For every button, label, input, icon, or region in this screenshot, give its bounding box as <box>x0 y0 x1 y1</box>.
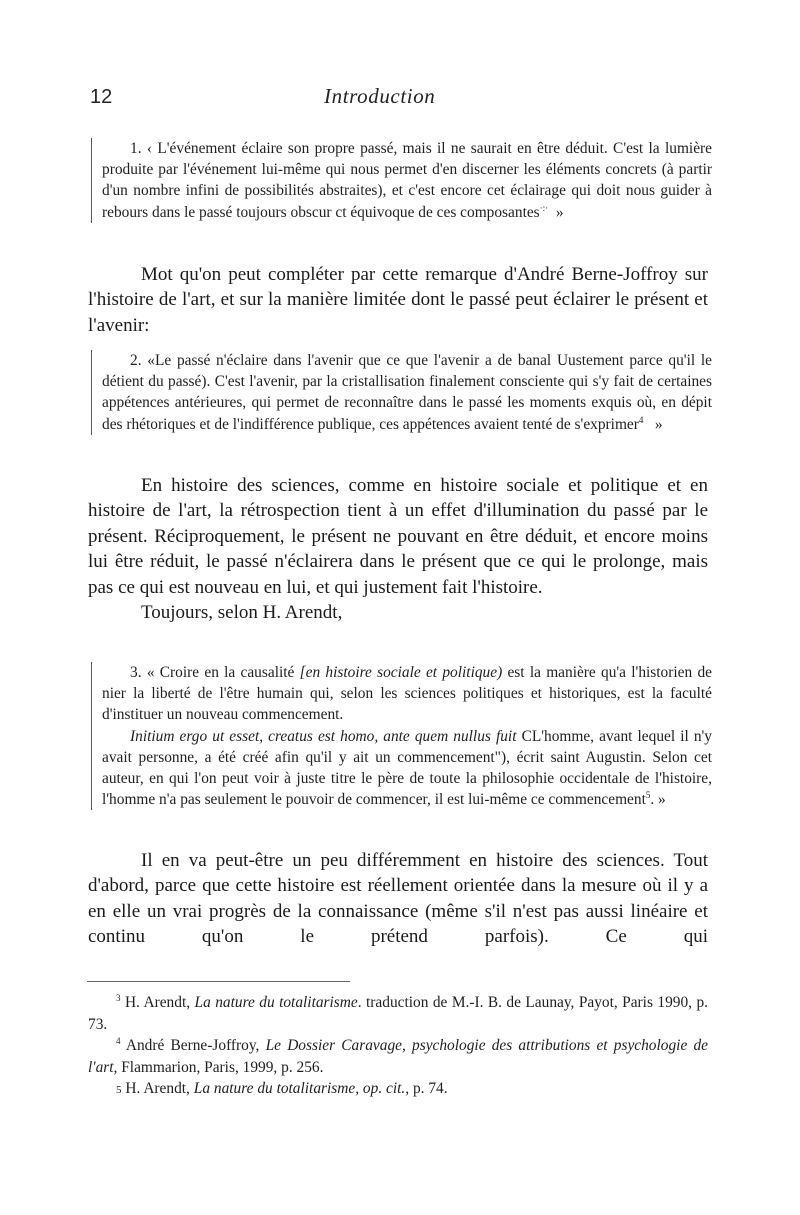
footnote-author: André Berne-Joffroy, <box>126 1037 266 1054</box>
quote-italic-insert: [en histoire sociale et politique) <box>300 664 503 681</box>
footnote-3: 3 H. Arendt, La nature du totalitarisme.… <box>88 992 708 1035</box>
footnote-details: Flammarion, Paris, 1999, p. 256. <box>117 1059 323 1076</box>
quote-text: L'événement éclaire son propre passé, ma… <box>102 140 712 221</box>
footnote-ref: 4 <box>639 415 644 425</box>
footnote-separator <box>87 981 350 982</box>
page-number: 12 <box>90 86 112 109</box>
footnote-author: H. Arendt, <box>125 1080 193 1097</box>
footnote-4: 4 André Berne-Joffroy, Le Dossier Carava… <box>88 1035 708 1078</box>
paragraph-text: Toujours, selon H. Arendt, <box>88 600 708 625</box>
footnote-author: H. Arendt, <box>125 994 195 1011</box>
footnote-title: La nature du totalitarisme, op. cit., <box>194 1080 409 1097</box>
paragraph-text: Mot qu'on peut compléter par cette remar… <box>88 262 708 338</box>
quote-open-mark: « <box>147 664 155 681</box>
quote-close-mark: . » <box>650 791 665 808</box>
quote-text: Le passé n'éclaire dans l'avenir que ce … <box>102 352 712 433</box>
quote-open-mark: « <box>147 352 155 369</box>
quote-close-mark: » <box>556 204 564 221</box>
book-page: 12 Introduction 1. ‹ L'événement éclaire… <box>0 0 800 1215</box>
footnote-5: 5 H. Arendt, La nature du totalitarisme,… <box>88 1078 708 1102</box>
quote-number: 3. <box>130 664 142 681</box>
footnote-ref: ·:· <box>540 203 549 213</box>
latin-quote: Initium ergo ut esset, creatus est homo,… <box>130 728 517 745</box>
paragraph-text: Il en va peut-être un peu différemment e… <box>88 848 708 950</box>
running-title: Introduction <box>324 84 435 109</box>
quote-text: Croire en la causalité <box>160 664 300 681</box>
footnotes: 3 H. Arendt, La nature du totalitarisme.… <box>88 992 708 1102</box>
paragraph-1: Mot qu'on peut compléter par cette remar… <box>88 262 708 338</box>
quote-number: 2. <box>130 352 142 369</box>
paragraph-2: En histoire des sciences, comme en histo… <box>88 473 708 625</box>
footnote-mark: 4 <box>116 1036 121 1046</box>
footnote-details: p. 74. <box>409 1080 447 1097</box>
quote-close-mark: » <box>655 416 663 433</box>
footnote-mark: 5 <box>116 1084 122 1096</box>
paragraph-4: Il en va peut-être un peu différemment e… <box>88 848 708 950</box>
footnote-mark: 3 <box>116 993 121 1003</box>
quote-open-mark: ‹ <box>147 140 152 157</box>
footnote-title: La nature du totalitarisme <box>195 994 358 1011</box>
quote-number: 1. <box>130 140 142 157</box>
blockquote-2: 2. «Le passé n'éclaire dans l'avenir que… <box>91 350 712 435</box>
blockquote-1: 1. ‹ L'événement éclaire son propre pass… <box>91 138 712 223</box>
blockquote-3: 3. « Croire en la causalité [en histoire… <box>91 662 712 810</box>
paragraph-text: En histoire des sciences, comme en histo… <box>88 473 708 600</box>
